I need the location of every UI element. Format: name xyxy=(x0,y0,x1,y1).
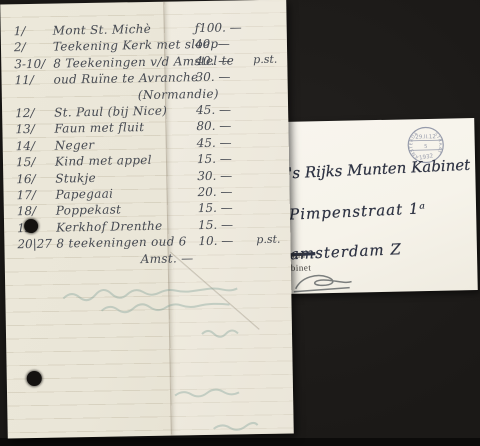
row-number: 12/ xyxy=(15,106,35,120)
row-price: 40. — xyxy=(195,53,230,68)
envelope: 29.II.12 5 1932 AMSTERDAM STRAAT 's Rijk… xyxy=(280,118,478,294)
address-line-3: amsterdam Z xyxy=(290,240,403,263)
printed-text-fragment: van xyxy=(291,250,306,260)
row-number: 3-10/ xyxy=(14,57,45,72)
row-number: 13/ xyxy=(15,122,35,136)
note-rows: 1/ Mont St. Michè ƒ100. — 2/ Teekening K… xyxy=(0,0,294,438)
row-price-unit-suffix: p.st. xyxy=(253,52,277,65)
scan-edge-strip xyxy=(0,438,480,446)
postmark-date: 29.II.12 xyxy=(415,134,435,140)
row-price-unit-suffix: p.st. xyxy=(256,233,280,246)
row-number: 15/ xyxy=(16,155,36,169)
row-description: Teekening Kerk met sloep xyxy=(53,37,219,54)
signature-scribble xyxy=(291,270,357,295)
row-price: 40. — xyxy=(195,37,230,52)
row-number: 2/ xyxy=(14,40,26,54)
row-price: 10. — xyxy=(198,234,233,249)
row-price: 30. — xyxy=(197,168,232,183)
row-description: Stukje xyxy=(55,170,96,185)
row-description: Faun met fluit xyxy=(54,120,144,136)
row-price: 30. — xyxy=(195,70,230,85)
row-price: 80. — xyxy=(196,119,231,134)
row-description: 8 teekeningen oud 6 xyxy=(56,234,186,250)
row-number: 1/ xyxy=(14,24,26,38)
row-description: Papegaai xyxy=(55,187,113,202)
row-price: 20. — xyxy=(197,185,232,200)
row-description: Amst. — xyxy=(141,251,194,266)
scan-background: 29.II.12 5 1932 AMSTERDAM STRAAT 's Rijk… xyxy=(0,0,480,446)
row-price: 45. — xyxy=(197,135,232,150)
address-line-1: 's Rijks Munten Kabinet xyxy=(288,156,471,183)
handwritten-note: 1/ Mont St. Michè ƒ100. — 2/ Teekening K… xyxy=(0,0,294,438)
row-number: 18/ xyxy=(17,204,37,218)
row-number: 17/ xyxy=(16,188,36,202)
postmark-code: 5 xyxy=(424,144,427,150)
row-description: Kerkhof Drenthe xyxy=(56,219,163,235)
row-description: Neger xyxy=(55,138,95,153)
row-price: 15. — xyxy=(197,152,232,167)
address-city: sterdam Z xyxy=(315,240,402,262)
row-description: oud Ruïne te Avranche xyxy=(53,70,198,87)
row-number: 11/ xyxy=(14,73,34,87)
row-description: Mont St. Michè xyxy=(53,22,152,38)
row-description: Poppekast xyxy=(56,203,122,218)
row-description: St. Paul (bij Nice) xyxy=(54,104,167,120)
row-number: 14/ xyxy=(16,139,36,153)
row-number: 20|27 xyxy=(17,237,52,252)
row-description: Kind met appel xyxy=(55,153,152,169)
row-description: (Normandie) xyxy=(138,86,219,101)
row-number: 16/ xyxy=(16,172,36,186)
row-price: 15. — xyxy=(198,201,233,216)
row-price: 45. — xyxy=(196,103,231,118)
row-price: ƒ100. — xyxy=(195,20,242,35)
row-price: 15. — xyxy=(198,217,233,232)
address-line-2: Pimpenstraat 1ᵃ xyxy=(289,199,427,223)
